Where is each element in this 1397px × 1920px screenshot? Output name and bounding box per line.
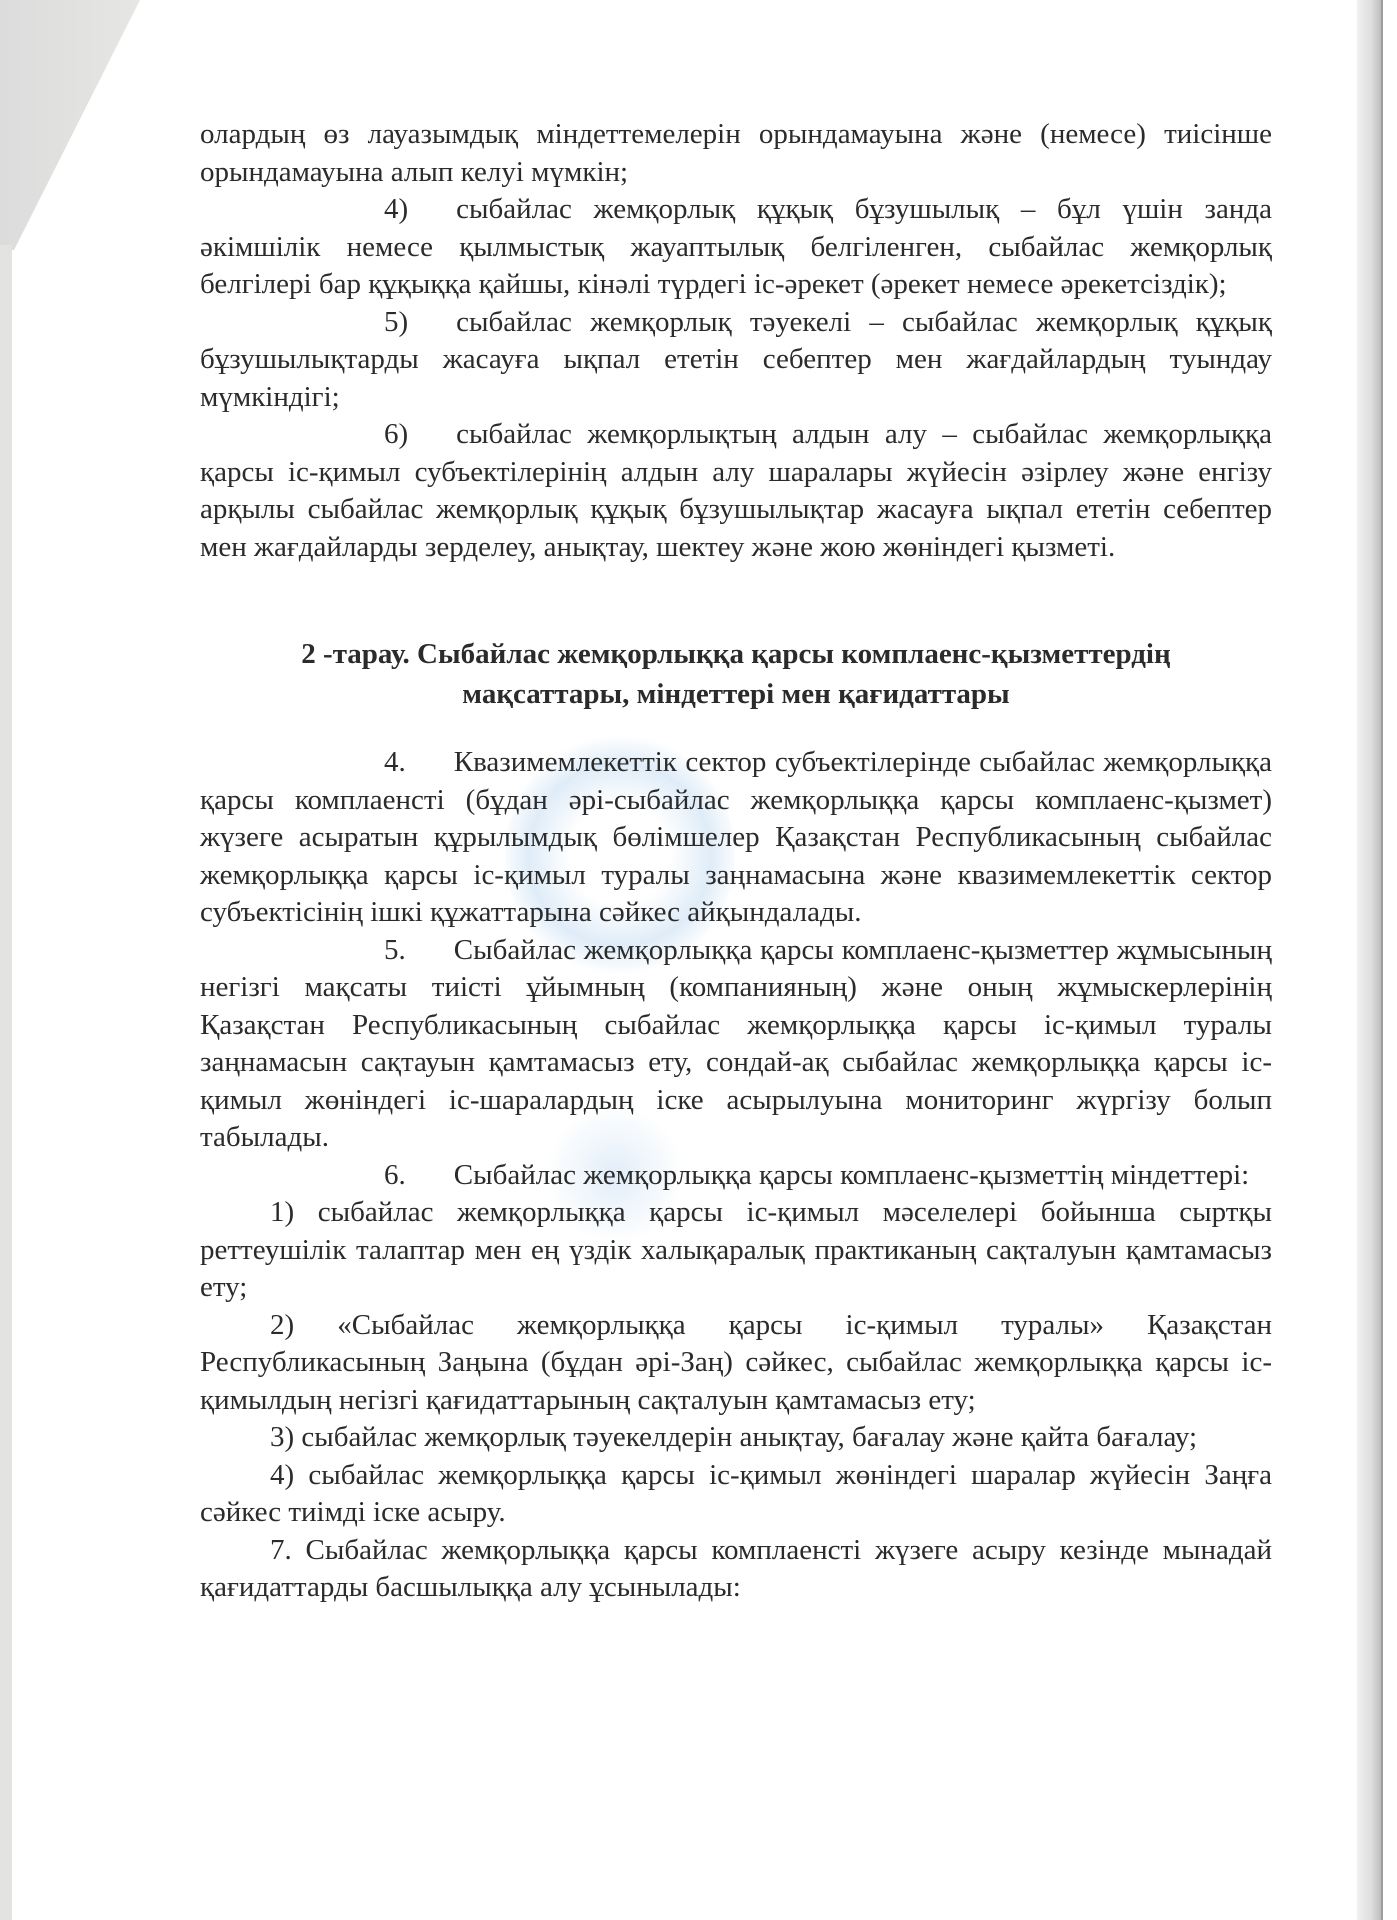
task-text: сыбайлас жемқорлыққа қарсы іс-қимыл жөні… (200, 1459, 1272, 1529)
clause-number: 6. (292, 1157, 406, 1195)
task-text: сыбайлас жемқорлыққа қарсы іс-қимыл мәсе… (200, 1196, 1272, 1303)
task-1: 1) сыбайлас жемқорлыққа қарсы іс-қимыл м… (200, 1194, 1272, 1307)
clause-number: 4. (292, 744, 406, 782)
chapter-heading-line-1: 2 -тарау. Сыбайлас жемқорлыққа қарсы ком… (200, 634, 1272, 674)
clause-5: 5.Сыбайлас жемқорлыққа қарсы комплаенс-қ… (200, 932, 1272, 1157)
page-right-edge-line (1381, 0, 1383, 1920)
task-number: 3) (270, 1421, 294, 1453)
page-right-edge (1357, 0, 1381, 1920)
clause-text: Сыбайлас жемқорлыққа қарсы комплаенс-қыз… (454, 1159, 1249, 1191)
task-number: 2) (270, 1309, 294, 1341)
clause-number: 5. (292, 932, 406, 970)
definition-number: 5) (292, 304, 408, 342)
clause-7: 7. Сыбайлас жемқорлыққа қарсы комплаенст… (200, 1532, 1272, 1607)
task-number: 1) (270, 1196, 294, 1228)
clause-4: 4.Квазимемлекеттік сектор субъектілерінд… (200, 744, 1272, 932)
clause-text: Сыбайлас жемқорлыққа қарсы комплаенсті ж… (200, 1534, 1272, 1604)
clause-number: 7. (270, 1534, 292, 1566)
page-left-edge (0, 245, 12, 1920)
definition-4: 4)сыбайлас жемқорлық құқық бұзушылық – б… (200, 191, 1272, 304)
task-3: 3) сыбайлас жемқорлық тәуекелдерін анықт… (200, 1419, 1272, 1457)
definition-5: 5)сыбайлас жемқорлық тәуекелі – сыбайлас… (200, 304, 1272, 417)
task-text: сыбайлас жемқорлық тәуекелдерін анықтау,… (301, 1421, 1197, 1453)
task-text: «Сыбайлас жемқорлыққа қарсы іс-қимыл тур… (200, 1309, 1272, 1416)
intro-fragment: олардың өз лауазымдық міндеттемелерін ор… (200, 116, 1272, 191)
definition-6: 6)сыбайлас жемқорлықтың алдын алу – сыба… (200, 416, 1272, 566)
definition-number: 4) (292, 191, 408, 229)
page-fold-corner (0, 0, 140, 250)
chapter-heading-line-2: мақсаттары, міндеттері мен қағидаттары (200, 674, 1272, 714)
document-body: олардың өз лауазымдық міндеттемелерін ор… (200, 116, 1272, 1607)
task-4: 4) сыбайлас жемқорлыққа қарсы іс-қимыл ж… (200, 1457, 1272, 1532)
task-2: 2) «Сыбайлас жемқорлыққа қарсы іс-қимыл … (200, 1307, 1272, 1420)
definition-number: 6) (292, 416, 408, 454)
clause-6: 6.Сыбайлас жемқорлыққа қарсы комплаенс-қ… (200, 1157, 1272, 1195)
chapter-heading: 2 -тарау. Сыбайлас жемқорлыққа қарсы ком… (200, 634, 1272, 714)
task-number: 4) (270, 1459, 294, 1491)
